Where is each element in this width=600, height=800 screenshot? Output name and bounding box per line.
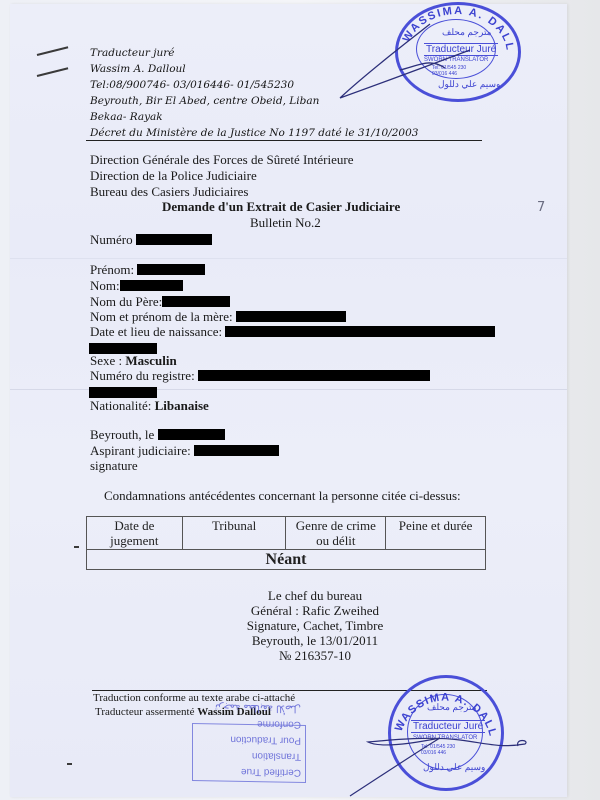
field-nom-mere: Nom et prénom de la mère: [90, 309, 346, 325]
translator-address: Beyrouth, Bir El Abed, centre Obeid, Lib… [90, 95, 319, 107]
chief-line-5: № 216357-10 [0, 648, 600, 664]
translator-name: Wassim A. Dalloul [90, 63, 186, 75]
table-row: Néant [87, 550, 486, 570]
signing-place: Beyrouth, le [90, 427, 225, 443]
handwritten-mark: 7 [537, 200, 545, 215]
column-header: Tribunal [182, 517, 286, 550]
redaction [198, 370, 430, 381]
result-cell: Néant [87, 550, 486, 570]
stamp-arabic-title: مترجم محلف [427, 702, 476, 713]
column-header: Peine et durée [386, 517, 486, 550]
column-header: Genre de crime ou délit [286, 517, 386, 550]
translator-address-2: Bekaa- Rayak [90, 111, 163, 123]
redaction [225, 326, 495, 337]
field-nom: Nom: [90, 278, 183, 294]
field-numero: Numéro [90, 232, 212, 248]
redaction [137, 264, 205, 275]
redaction [194, 445, 279, 456]
field-prenom: Prénom: [90, 262, 205, 278]
ministry-decree: Décret du Ministère de la Justice No 119… [90, 127, 418, 139]
field-nationalite: Nationalité: Libanaise [90, 398, 209, 414]
condamnations-heading: Condamnations antécédentes concernant la… [104, 488, 461, 504]
field-sexe: Sexe : Masculin [90, 353, 177, 369]
authority-line-1: Direction Générale des Forces de Sûreté … [90, 152, 354, 168]
authority-line-2: Direction de la Police Judiciaire [90, 168, 257, 184]
document-title: Demande d'un Extrait de Casier Judiciair… [162, 199, 400, 215]
redaction [120, 280, 183, 291]
chief-line-1: Le chef du bureau [0, 588, 600, 604]
table-header-row: Date de jugement Tribunal Genre de crime… [87, 517, 486, 550]
chief-line-4: Beyrouth, le 13/01/2011 [0, 633, 600, 649]
signature-bottom [280, 730, 540, 800]
authority-line-3: Bureau des Casiers Judiciaires [90, 184, 248, 200]
redaction [162, 296, 230, 307]
signing-signature: signature [90, 458, 138, 474]
redaction [136, 234, 212, 245]
redaction [236, 311, 346, 322]
letterhead-divider [86, 140, 482, 141]
sexe-value: Masculin [125, 353, 176, 368]
field-registre: Numéro du registre: [90, 368, 430, 384]
signing-aspirant: Aspirant judiciaire: [90, 443, 279, 459]
translator-title: Traducteur juré [90, 47, 174, 59]
paper-fold [10, 258, 567, 259]
convictions-table: Date de jugement Tribunal Genre de crime… [86, 516, 486, 570]
redaction [158, 429, 225, 440]
document-subtitle: Bulletin No.2 [250, 215, 321, 231]
chief-line-2: Général : Rafic Zweihed [0, 603, 600, 619]
translator-phone: Tel:08/900746- 03/016446- 01/545230 [90, 79, 294, 91]
field-nom-pere: Nom du Père: [90, 294, 230, 310]
column-header: Date de jugement [87, 517, 183, 550]
redaction [89, 387, 157, 398]
field-naissance: Date et lieu de naissance: [90, 324, 495, 340]
margin-mark [74, 546, 79, 548]
chief-line-3: Signature, Cachet, Timbre [0, 618, 600, 634]
signature-top [330, 20, 490, 120]
margin-mark [67, 763, 72, 765]
nationalite-value: Libanaise [155, 398, 209, 413]
